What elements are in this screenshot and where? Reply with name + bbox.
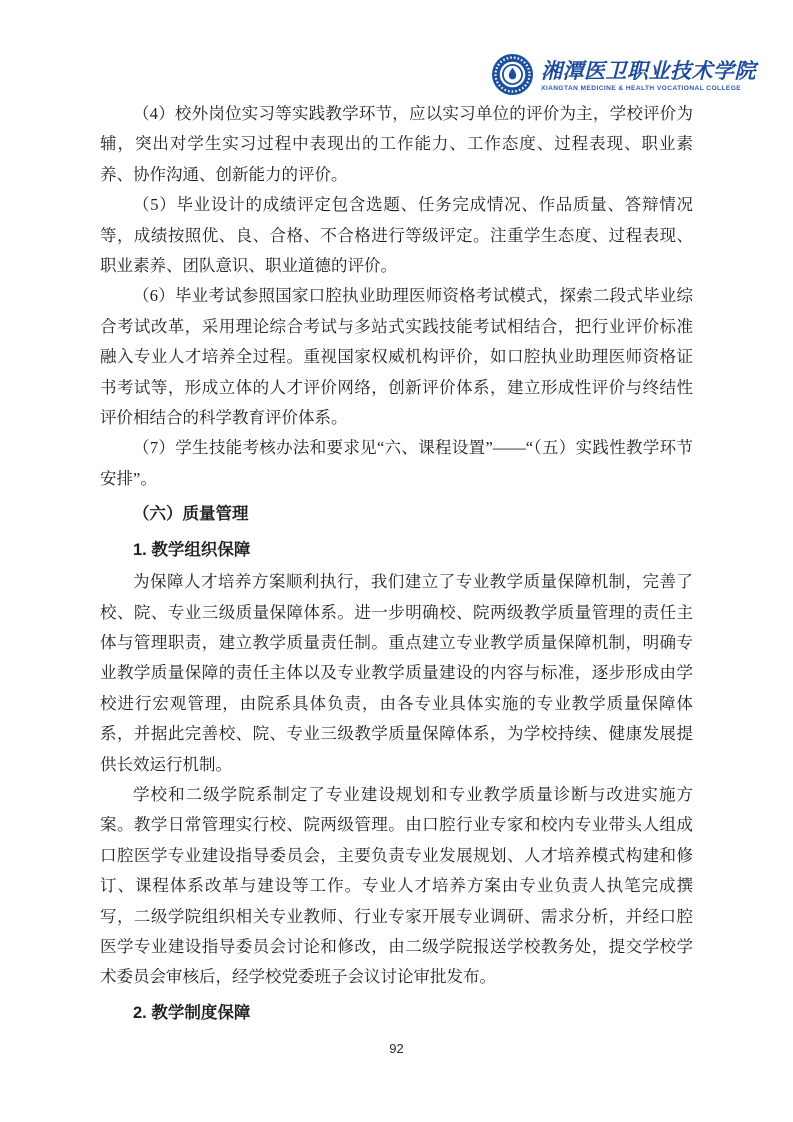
school-name-english: XIANGTAN MEDICINE & HEALTH VOCATIONAL CO… (541, 85, 756, 92)
school-name-chinese: 湘潭医卫职业技术学院 (541, 58, 756, 83)
paragraph: （6）毕业考试参照国家口腔执业助理医师资格考试模式，探索二段式毕业综合考试改革，… (100, 281, 693, 433)
paragraph: 学校和二级学院系制定了专业建设规划和专业教学质量诊断与改进实施方案。教学日常管理… (100, 780, 693, 993)
section-heading-quality-management: （六）质量管理 (100, 499, 693, 529)
subsection-heading-teaching-system: 2. 教学制度保障 (100, 998, 693, 1028)
school-logo: 湘潭医卫职业技术学院 XIANGTAN MEDICINE & HEALTH VO… (491, 53, 756, 96)
paragraph: （4）校外岗位实习等实践教学环节，应以实习单位的评价为主，学校评价为辅，突出对学… (100, 99, 693, 190)
page-number: 92 (0, 1041, 793, 1056)
paragraph: （5）毕业设计的成绩评定包含选题、任务完成情况、作品质量、答辩情况等，成绩按照优… (100, 190, 693, 281)
subsection-heading-teaching-organization: 1. 教学组织保障 (100, 535, 693, 565)
paragraph: 为保障人才培养方案顺利执行，我们建立了专业教学质量保障机制，完善了校、院、专业三… (100, 567, 693, 780)
paragraph: （7）学生技能考核办法和要求见“六、课程设置”——“（五）实践性教学环节安排”。 (100, 433, 693, 494)
school-logo-text: 湘潭医卫职业技术学院 XIANGTAN MEDICINE & HEALTH VO… (541, 58, 756, 92)
document-page: 湘潭医卫职业技术学院 XIANGTAN MEDICINE & HEALTH VO… (0, 0, 793, 1122)
school-emblem-icon (491, 53, 534, 96)
document-body: （4）校外岗位实习等实践教学环节，应以实习单位的评价为主，学校评价为辅，突出对学… (100, 99, 693, 1030)
